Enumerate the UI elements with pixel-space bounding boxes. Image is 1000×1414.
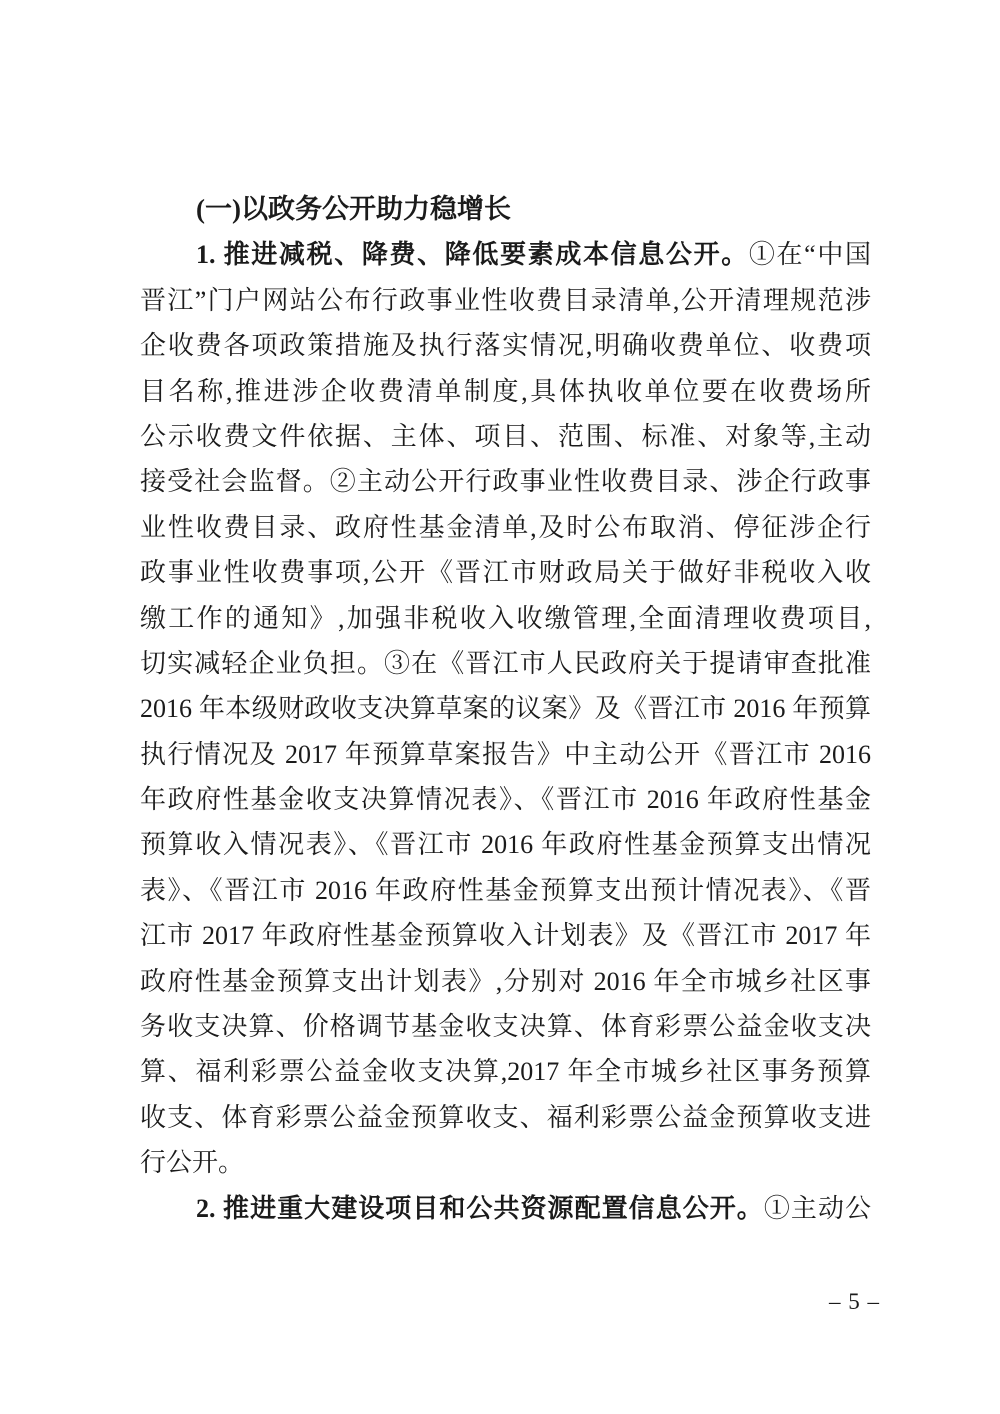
text-run: 年政府性基金收支决算情况表》、《晋江市 2016 年政府性基金 — [140, 785, 871, 814]
text-line: 年政府性基金收支决算情况表》、《晋江市 2016 年政府性基金 — [140, 777, 871, 822]
text-line: 业性收费目录、政府性基金清单,及时公布取消、停征涉企行 — [140, 505, 871, 550]
text-run: 业性收费目录、政府性基金清单,及时公布取消、停征涉企行 — [140, 513, 871, 542]
page-number: – 5 – — [829, 1289, 880, 1314]
text-run: 切实减轻企业负担。③在《晋江市人民政府关于提请审查批准 — [140, 649, 871, 678]
text-run: 行公开。 — [140, 1148, 244, 1177]
bold-text-run: 1. 推进减税、降费、降低要素成本信息公开。 — [196, 240, 749, 269]
text-line: 务收支决算、价格调节基金收支决算、体育彩票公益金收支决 — [140, 1004, 871, 1049]
text-run: 算、福利彩票公益金收支决算,2017 年全市城乡社区事务预算 — [140, 1057, 871, 1086]
text-run: 缴工作的通知》,加强非税收入收缴管理,全面清理收费项目, — [140, 604, 871, 633]
text-line: 公示收费文件依据、主体、项目、范围、标准、对象等,主动 — [140, 414, 871, 459]
text-line: 政事业性收费事项,公开《晋江市财政局关于做好非税收入收 — [140, 550, 871, 595]
page-footer: – 5 – — [0, 1289, 880, 1315]
text-run: 目名称,推进涉企收费清单制度,具体执收单位要在收费场所 — [140, 377, 871, 406]
text-run: 公示收费文件依据、主体、项目、范围、标准、对象等,主动 — [140, 422, 871, 451]
text-run: 执行情况及 2017 年预算草案报告》中主动公开《晋江市 2016 — [140, 740, 871, 769]
text-run: 江市 2017 年政府性基金预算收入计划表》及《晋江市 2017 年 — [140, 921, 871, 950]
text-line: 表》、《晋江市 2016 年政府性基金预算支出预计情况表》、《晋 — [140, 868, 871, 913]
text-line: 行公开。 — [140, 1140, 871, 1185]
text-line: 政府性基金预算支出计划表》,分别对 2016 年全市城乡社区事 — [140, 959, 871, 1004]
text-line: 1. 推进减税、降费、降低要素成本信息公开。①在“中国 — [140, 232, 871, 277]
document-body: (一)以政务公开助力稳增长1. 推进减税、降费、降低要素成本信息公开。①在“中国… — [140, 187, 871, 1231]
bold-text-run: 2. 推进重大建设项目和公共资源配置信息公开。 — [196, 1194, 764, 1223]
text-line: 晋江”门户网站公布行政事业性收费目录清单,公开清理规范涉 — [140, 278, 871, 323]
text-run: 政府性基金预算支出计划表》,分别对 2016 年全市城乡社区事 — [140, 967, 871, 996]
document-page: (一)以政务公开助力稳增长1. 推进减税、降费、降低要素成本信息公开。①在“中国… — [0, 0, 1000, 1414]
text-run: 晋江”门户网站公布行政事业性收费目录清单,公开清理规范涉 — [140, 286, 871, 315]
text-line: 目名称,推进涉企收费清单制度,具体执收单位要在收费场所 — [140, 369, 871, 414]
text-line: 2. 推进重大建设项目和公共资源配置信息公开。①主动公 — [140, 1186, 871, 1231]
text-run: 收支、体育彩票公益金预算收支、福利彩票公益金预算收支进 — [140, 1103, 871, 1132]
section-heading: (一)以政务公开助力稳增长 — [140, 187, 871, 232]
text-line: 切实减轻企业负担。③在《晋江市人民政府关于提请审查批准 — [140, 641, 871, 686]
text-run: 政事业性收费事项,公开《晋江市财政局关于做好非税收入收 — [140, 558, 871, 587]
text-run: 企收费各项政策措施及执行落实情况,明确收费单位、收费项 — [140, 331, 871, 360]
text-line: 收支、体育彩票公益金预算收支、福利彩票公益金预算收支进 — [140, 1095, 871, 1140]
text-line: 企收费各项政策措施及执行落实情况,明确收费单位、收费项 — [140, 323, 871, 368]
text-run: 表》、《晋江市 2016 年政府性基金预算支出预计情况表》、《晋 — [140, 876, 871, 905]
text-run: ①在“中国 — [749, 240, 871, 269]
bold-text-run: (一)以政务公开助力稳增长 — [196, 194, 511, 224]
text-line: 江市 2017 年政府性基金预算收入计划表》及《晋江市 2017 年 — [140, 913, 871, 958]
text-run: 务收支决算、价格调节基金收支决算、体育彩票公益金收支决 — [140, 1012, 871, 1041]
text-run: 预算收入情况表》、《晋江市 2016 年政府性基金预算支出情况 — [140, 830, 871, 859]
text-line: 缴工作的通知》,加强非税收入收缴管理,全面清理收费项目, — [140, 596, 871, 641]
text-lines: (一)以政务公开助力稳增长1. 推进减税、降费、降低要素成本信息公开。①在“中国… — [140, 187, 871, 1231]
text-line: 接受社会监督。②主动公开行政事业性收费目录、涉企行政事 — [140, 459, 871, 504]
text-run: 2016 年本级财政收支决算草案的议案》及《晋江市 2016 年预算 — [140, 694, 871, 723]
text-line: 2016 年本级财政收支决算草案的议案》及《晋江市 2016 年预算 — [140, 686, 871, 731]
text-line: 算、福利彩票公益金收支决算,2017 年全市城乡社区事务预算 — [140, 1049, 871, 1094]
text-run: 接受社会监督。②主动公开行政事业性收费目录、涉企行政事 — [140, 467, 871, 496]
text-line: 预算收入情况表》、《晋江市 2016 年政府性基金预算支出情况 — [140, 822, 871, 867]
text-run: ①主动公 — [764, 1194, 871, 1223]
text-line: 执行情况及 2017 年预算草案报告》中主动公开《晋江市 2016 — [140, 732, 871, 777]
